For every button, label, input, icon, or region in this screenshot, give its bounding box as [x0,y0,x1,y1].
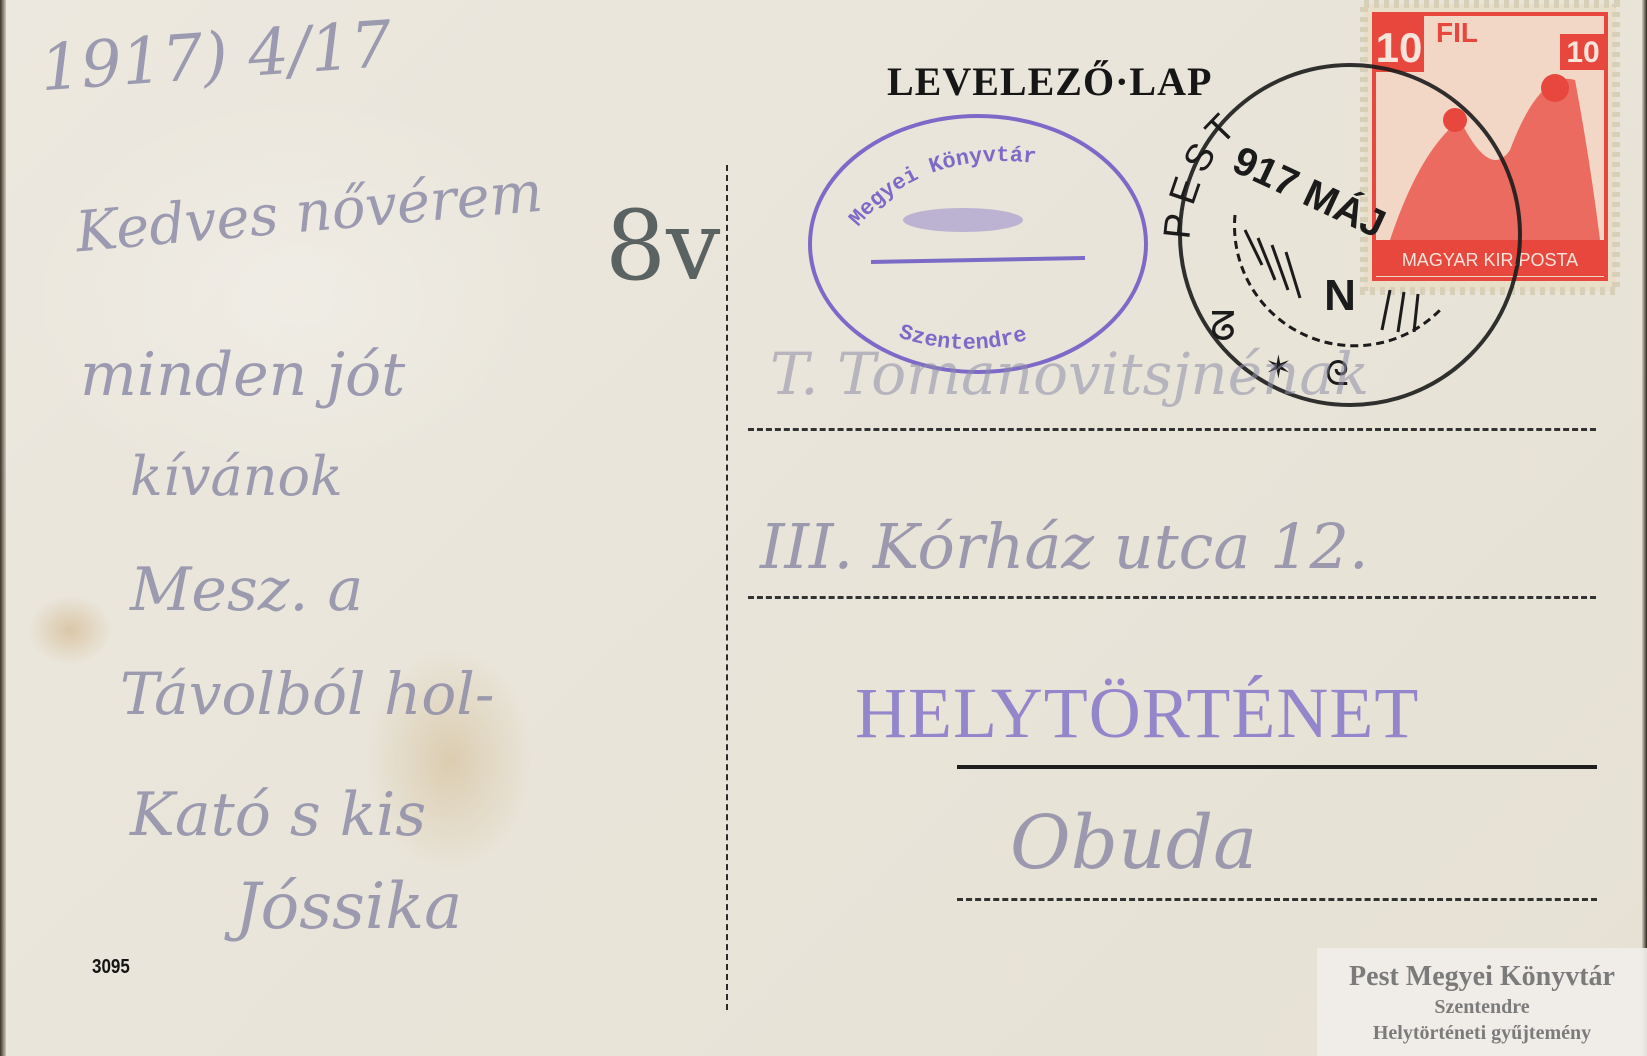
watermark-library-name: Pest Megyei Könyvtár [1317,960,1647,994]
message-line: kívánok [130,445,343,508]
stamp-value-right: 10 [1566,36,1599,69]
message-line: Kató s kis [130,780,426,850]
address-recipient: T. Tomanovitsjnénak [770,340,1369,408]
address-city: Obuda [1010,800,1257,886]
library-watermark: Pest Megyei Könyvtár Szentendre Helytört… [1317,948,1647,1056]
card-edge-left [0,0,6,1056]
pencil-reference-mark: 8v [605,190,720,302]
collection-stamp: HELYTÖRTÉNET [855,672,1419,755]
message-line: Kedves nővérem [73,160,545,266]
postcard-back: 1917) 4/17 8v Kedves nővérem minden jót … [0,0,1647,1056]
address-line-4 [957,898,1597,901]
card-divider [726,165,728,1010]
watermark-collection: Helytörténeti gyűjtemény [1317,1020,1647,1046]
address-line-1 [748,428,1596,431]
pencil-date-note: 1917) 4/17 [38,8,394,106]
address-street: III. Kórház utca 12. [760,510,1369,583]
message-line: minden jót [80,340,405,410]
message-line: Mesz. a [130,555,363,625]
watermark-city: Szentendre [1317,994,1647,1020]
address-line-2 [748,596,1596,599]
address-line-3 [957,765,1597,769]
message-line: Jóssika [235,870,462,944]
library-oval-stamp: Megyei Könyvtár Szentendre [803,112,1153,377]
card-serial-number: 3095 [92,956,130,979]
postmark-letter: N [1324,271,1356,320]
card-edge-right [1642,0,1647,1056]
postmark-date: 917 MÁJ [1226,137,1392,246]
message-line: Távolból hol- [120,660,494,728]
